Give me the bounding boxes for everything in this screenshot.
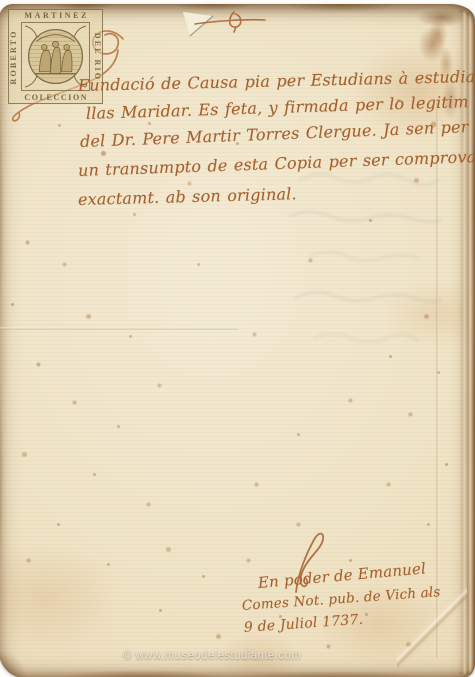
stamp-top-label: MARTINEZ	[22, 11, 89, 20]
stamp-right-label: DEL RIO	[93, 32, 102, 81]
watermark-text: © www.museodelestudiante.com	[123, 650, 301, 662]
scanned-document-photo: MARTINEZ DEL RIO COLECCION ROBERTO	[0, 0, 475, 677]
ink-show-through	[285, 158, 470, 373]
foxing-stains	[0, 4, 1, 7]
stamp-left-label: ROBERTO	[9, 29, 18, 84]
horizontal-fold-crease	[0, 327, 238, 330]
